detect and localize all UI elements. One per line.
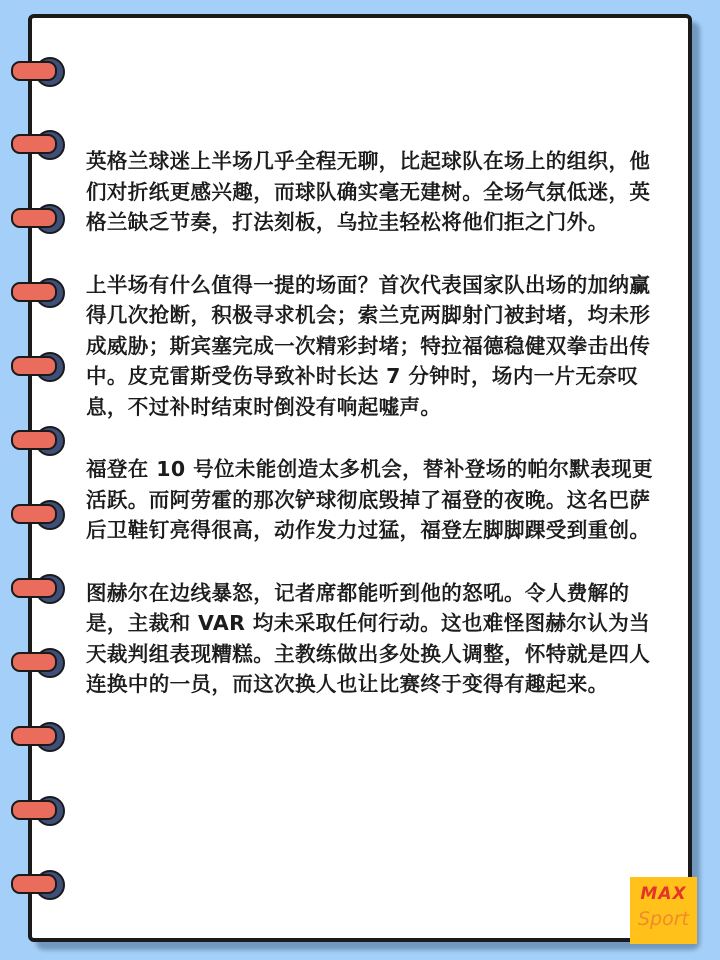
- binder-ring: [11, 797, 67, 823]
- ring-bar-icon: [11, 800, 57, 820]
- ring-bar-icon: [11, 282, 57, 302]
- ring-bar-icon: [11, 134, 57, 154]
- paragraph-3: 福登在 10 号位未能创造太多机会，替补登场的帕尔默表现更活跃。而阿劳霍的那次铲…: [86, 454, 656, 546]
- binder-ring: [11, 131, 67, 157]
- ring-bar-icon: [11, 61, 57, 81]
- binder-ring: [11, 501, 67, 527]
- binder-ring: [11, 427, 67, 453]
- ring-bar-icon: [11, 208, 57, 228]
- paragraph-2: 上半场有什么值得一提的场面？首次代表国家队出场的加纳赢得几次抢断，积极寻求机会；…: [86, 270, 656, 423]
- paragraph-4: 图赫尔在边线暴怒，记者席都能听到他的怒吼。令人费解的是，主裁和 VAR 均未采取…: [86, 578, 656, 700]
- max-sport-logo: MAX Sport: [630, 877, 697, 944]
- binder-ring: [11, 723, 67, 749]
- ring-bar-icon: [11, 652, 57, 672]
- ring-bar-icon: [11, 356, 57, 376]
- logo-max-text: MAX: [630, 884, 697, 904]
- ring-bar-icon: [11, 726, 57, 746]
- binder-ring: [11, 353, 67, 379]
- ring-bar-icon: [11, 578, 57, 598]
- article-body: 英格兰球迷上半场几乎全程无聊，比起球队在场上的组织，他们对折纸更感兴趣，而球队确…: [86, 146, 656, 732]
- binder-ring: [11, 575, 67, 601]
- paragraph-1: 英格兰球迷上半场几乎全程无聊，比起球队在场上的组织，他们对折纸更感兴趣，而球队确…: [86, 146, 656, 238]
- binder-ring: [11, 205, 67, 231]
- ring-bar-icon: [11, 874, 57, 894]
- ring-bar-icon: [11, 504, 57, 524]
- ring-bar-icon: [11, 430, 57, 450]
- binder-ring: [11, 871, 67, 897]
- binder-ring: [11, 58, 67, 84]
- binder-ring: [11, 279, 67, 305]
- logo-sport-text: Sport: [630, 907, 697, 931]
- binder-ring: [11, 649, 67, 675]
